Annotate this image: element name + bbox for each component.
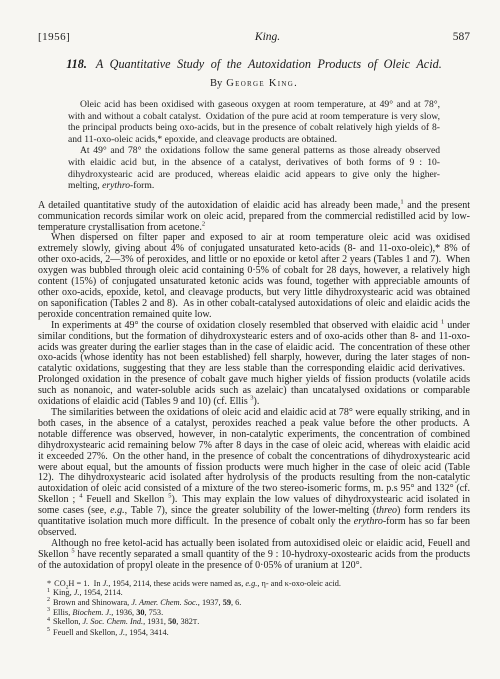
footnote-text: Brown and Shinowara, J. Amer. Chem. Soc.… (53, 598, 241, 607)
byline: ByGeorge King. (38, 78, 470, 89)
body-paragraph-4: The similarities between the oxidations … (38, 408, 470, 539)
footnote-ref-1-marker: 1 (47, 588, 50, 594)
page-number: 587 (453, 31, 470, 43)
article-body: A detailed quantitative study of the aut… (38, 201, 470, 572)
title-block: 118.A Quantitative Study of the Autoxida… (38, 57, 470, 89)
footnote-text: Ellis, Biochem. J., 1936, 30, 753. (53, 608, 163, 617)
body-paragraph-2: When dispersed on filter paper and expos… (38, 233, 470, 320)
footnote-text: CO2H = 1. In J., 1954, 2114, these acids… (54, 579, 341, 588)
journal-year: [1956] (38, 31, 70, 43)
footnote-star: *CO2H = 1. In J., 1954, 2114, these acid… (38, 579, 470, 589)
journal-page: [1956] King. 587 118.A Quantitative Stud… (0, 0, 500, 679)
abstract: Oleic acid has been oxidised with gaseou… (68, 99, 440, 192)
footnote-ref-2-marker: 2 (47, 597, 50, 603)
footnote-ref-3-marker: 3 (47, 607, 50, 613)
body-paragraph-1: A detailed quantitative study of the aut… (38, 201, 470, 234)
byline-prefix: By (210, 78, 222, 89)
footnotes: *CO2H = 1. In J., 1954, 2114, these acid… (38, 579, 470, 638)
article-number: 118. (66, 57, 87, 71)
running-head-author: King. (255, 31, 280, 43)
footnote-text: Skellon, J. Soc. Chem. Ind., 1931, 50, 3… (53, 617, 199, 626)
abstract-paragraph-1: Oleic acid has been oxidised with gaseou… (68, 99, 440, 145)
footnote-ref-5-marker: 5 (47, 627, 50, 633)
article-title-text: A Quantitative Study of the Autoxidation… (96, 57, 442, 71)
author-name: George King. (226, 78, 298, 89)
footnote-ref-2: 2Brown and Shinowara, J. Amer. Chem. Soc… (38, 598, 470, 608)
footnote-ref-4: 4Skellon, J. Soc. Chem. Ind., 1931, 50, … (38, 617, 470, 628)
footnote-ref-5: 5Feuell and Skellon, J., 1954, 3414. (38, 628, 470, 638)
footnote-ref-3: 3Ellis, Biochem. J., 1936, 30, 753. (38, 608, 470, 618)
footnote-ref-4-marker: 4 (47, 617, 50, 623)
footnote-text: Feuell and Skellon, J., 1954, 3414. (53, 628, 169, 637)
body-paragraph-5: Although no free ketol-acid has actually… (38, 539, 470, 572)
running-header: [1956] King. 587 (38, 31, 470, 43)
article-title: 118.A Quantitative Study of the Autoxida… (38, 57, 470, 72)
footnote-star-marker: * (47, 579, 51, 588)
abstract-paragraph-2: At 49° and 78° the oxidations follow the… (68, 145, 440, 191)
footnote-text: King, J., 1954, 2114. (53, 588, 123, 597)
body-paragraph-3: In experiments at 49° the course of oxid… (38, 321, 470, 408)
footnote-ref-1: 1King, J., 1954, 2114. (38, 588, 470, 598)
